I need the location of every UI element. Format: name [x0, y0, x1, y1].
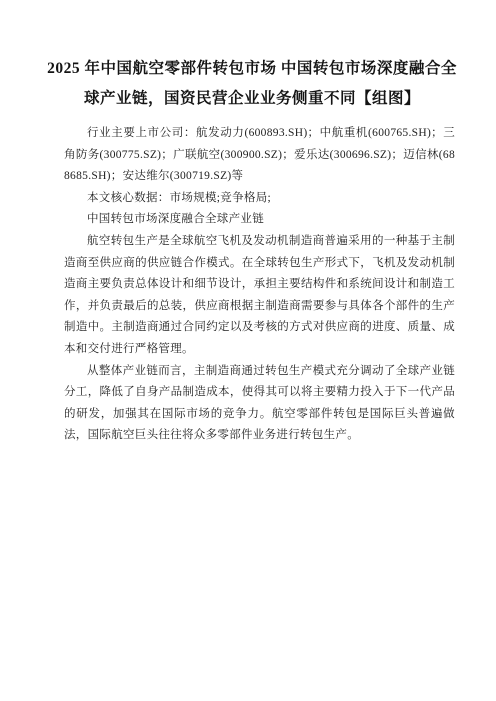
paragraph-core-data: 本文核心数据：市场规模;竞争格局; [64, 188, 455, 210]
document-title: 2025 年中国航空零部件转包市场 中国转包市场深度融合全球产业链，国资民营企业… [44, 54, 460, 114]
paragraph-body-2: 从整体产业链而言，主制造商通过转包生产模式充分调动了全球产业链分工，降低了自身产… [64, 361, 455, 447]
document-page: 2025 年中国航空零部件转包市场 中国转包市场深度融合全球产业链，国资民营企业… [0, 0, 496, 701]
paragraph-listed-companies: 行业主要上市公司：航发动力(600893.SH)；中航重机(600765.SH)… [64, 123, 455, 188]
section-heading: 中国转包市场深度融合全球产业链 [64, 209, 455, 231]
paragraph-body-1: 航空转包生产是全球航空飞机及发动机制造商普遍采用的一种基于主制造商至供应商的供应… [64, 231, 455, 361]
